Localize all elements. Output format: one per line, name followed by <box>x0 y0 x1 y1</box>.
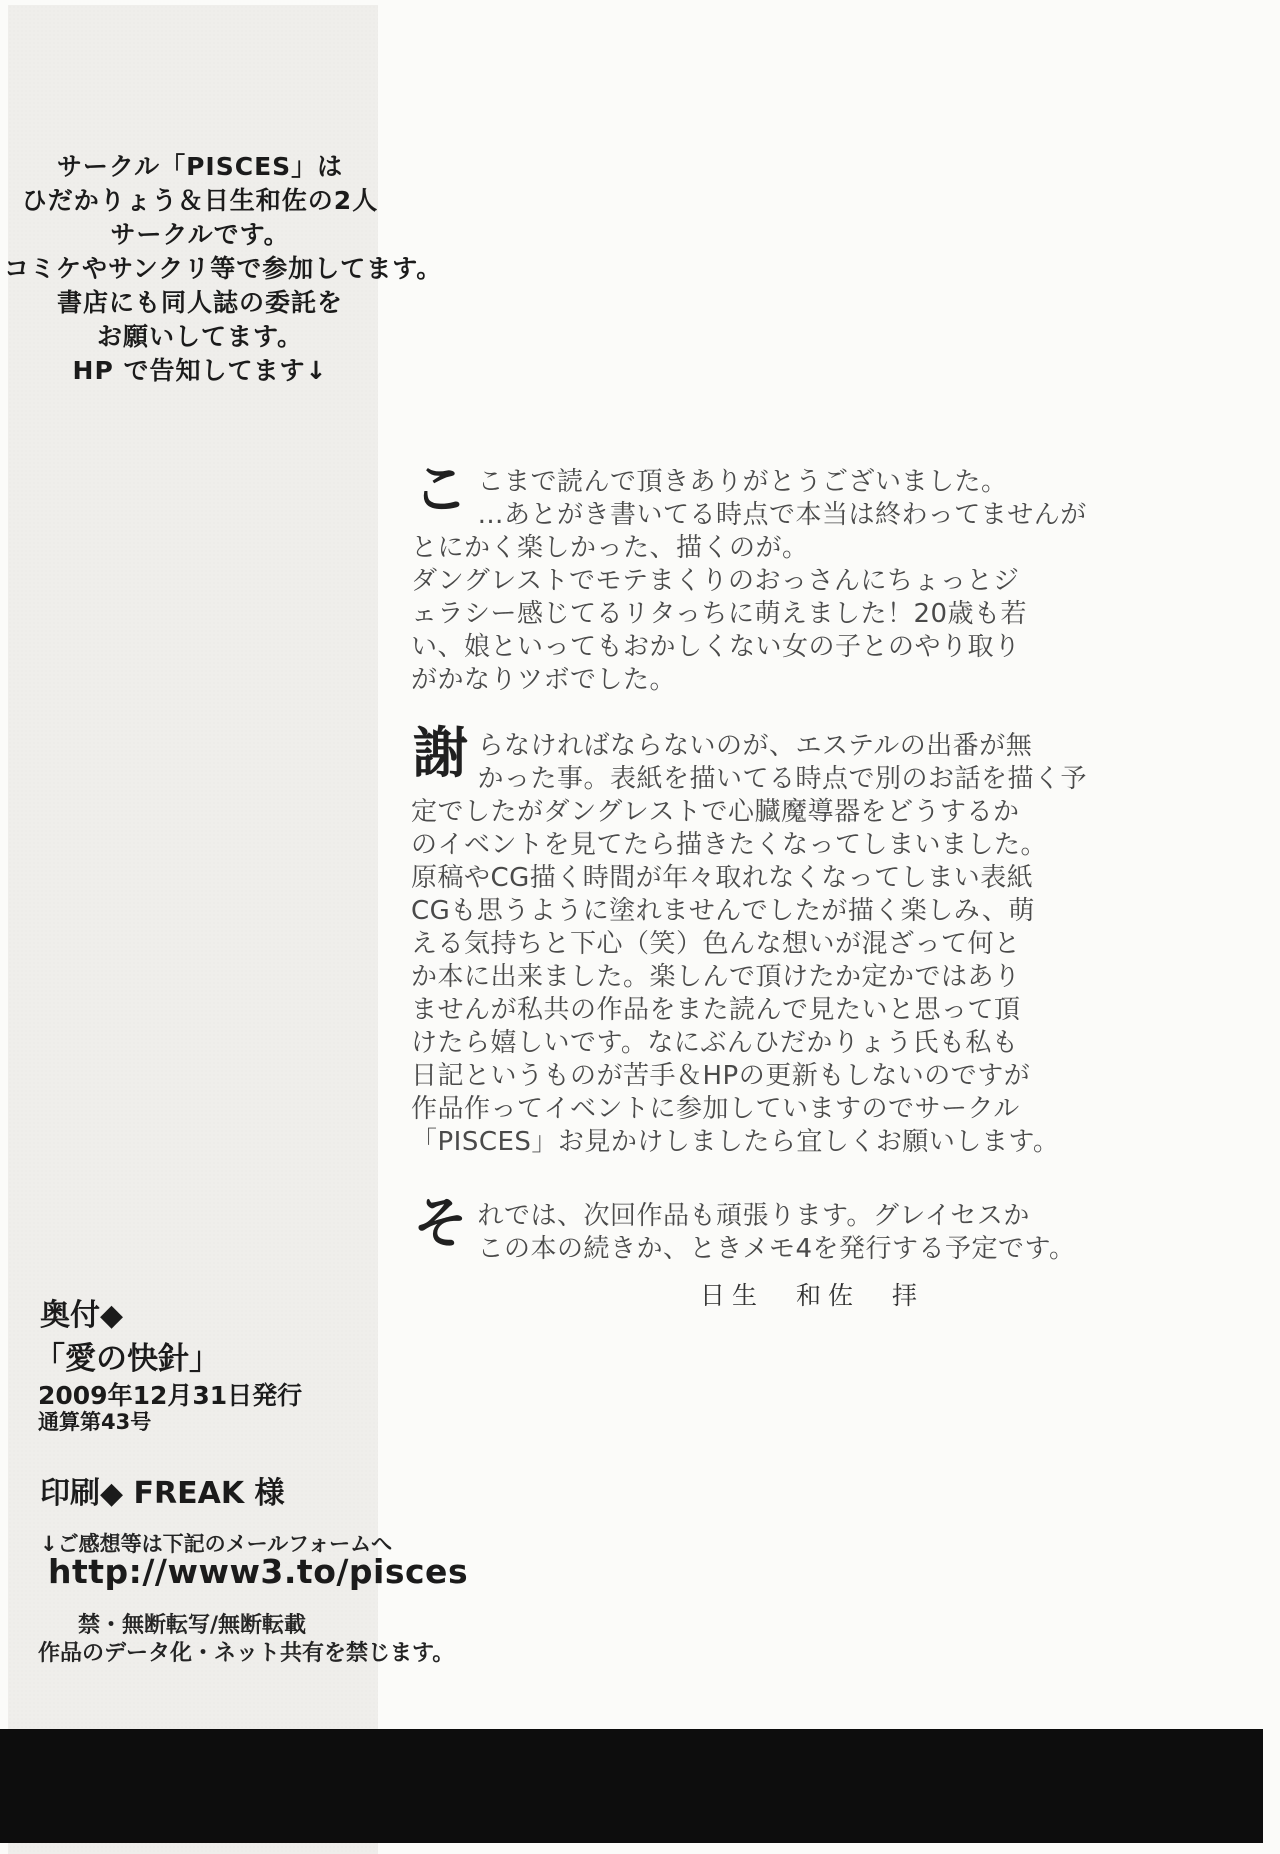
dropcap-ko: こ <box>413 460 469 518</box>
text-line: のイベントを見てたら描きたくなってしまいました。 <box>411 829 971 862</box>
text-line: か本に出来ました。楽しんで頂けたか定かではあり <box>411 961 971 994</box>
text-line: かった事。表紙を描いてる時点で別のお話を描く予 <box>411 763 971 796</box>
dropcap-sha: 謝 <box>413 724 469 782</box>
text-line: けたら嬉しいです。なにぶんひだかりょう氏も私も <box>411 1027 971 1060</box>
text-line: れでは、次回作品も頑張ります。グレイセスか <box>411 1200 971 1233</box>
website-url: http://www3.to/pisces <box>48 1552 468 1591</box>
text-line: 「PISCES」お見かけしましたら宜しくお願いします。 <box>411 1126 971 1159</box>
issue-number: 通算第43号 <box>38 1406 151 1436</box>
prohibition-line-1: 禁・無断転写/無断転載 <box>78 1608 306 1639</box>
text-line: 原稿やCG描く時間が年々取れなくなってしまい表紙 <box>411 862 971 895</box>
circle-info-line: お願いしてます。 <box>4 320 396 354</box>
text-line: とにかく楽しかった、描くのが。 <box>411 532 971 565</box>
bottom-black-bar <box>0 1729 1263 1843</box>
text-line: らなければならないのが、エステルの出番が無 <box>411 730 971 763</box>
circle-info-line: ひだかりょう＆日生和佐の2人 <box>4 184 396 218</box>
text-line: 作品作ってイベントに参加していますのでサークル <box>411 1093 971 1126</box>
text-line: える気持ちと下心（笑）色んな想いが混ざって何と <box>411 928 971 961</box>
book-title: 「愛の快針」 <box>34 1333 220 1378</box>
text-line: この本の続きか、ときメモ4を発行する予定です。 <box>411 1233 971 1266</box>
text-line: 定でしたがダングレストで心臓魔導器をどうするか <box>411 796 971 829</box>
printer-credit: 印刷◆ FREAK 様 <box>40 1468 285 1512</box>
text-line: がかなりツボでした。 <box>411 664 971 697</box>
text-line: CGも思うように塗れませんでしたが描く楽しみ、萌 <box>411 895 971 928</box>
circle-info-line: サークルです。 <box>4 218 396 252</box>
paragraph-lines: れでは、次回作品も頑張ります。グレイセスかこの本の続きか、ときメモ4を発行する予… <box>411 1200 971 1266</box>
afterword-paragraph-thanks: こ こまで読んで頂きありがとうございました。…あとがき書いてる時点で本当は終わっ… <box>411 466 971 697</box>
text-line: ェラシー感じてるリタっちに萌えました！20歳も若 <box>411 598 971 631</box>
text-line: 日記というものが苦手＆HPの更新もしないのですが <box>411 1060 971 1093</box>
prohibition-line-2: 作品のデータ化・ネット共有を禁じます。 <box>38 1636 454 1667</box>
colophon-label: 奥付◆ <box>40 1290 123 1334</box>
text-line: ダングレストでモテまくりのおっさんにちょっとジ <box>411 565 971 598</box>
afterword-paragraph-apology: 謝 らなければならないのが、エステルの出番が無かった事。表紙を描いてる時点で別の… <box>411 730 971 1159</box>
text-line: …あとがき書いてる時点で本当は終わってませんが <box>411 499 971 532</box>
circle-info-line: 書店にも同人誌の委託を <box>4 286 396 320</box>
text-line: こまで読んで頂きありがとうございました。 <box>411 466 971 499</box>
doujinshi-afterword-page: サークル「PISCES」はひだかりょう＆日生和佐の2人サークルです。コミケやサン… <box>0 0 1280 1854</box>
circle-info-block: サークル「PISCES」はひだかりょう＆日生和佐の2人サークルです。コミケやサン… <box>4 150 396 388</box>
dropcap-so: そ <box>413 1194 469 1252</box>
text-line: い、娘といってもおかしくない女の子とのやり取り <box>411 631 971 664</box>
author-signature: 日生 和佐 拝 <box>700 1276 924 1312</box>
circle-info-line: HP で告知してます↓ <box>4 354 396 388</box>
circle-info-line: サークル「PISCES」は <box>4 150 396 184</box>
paragraph-lines: こまで読んで頂きありがとうございました。…あとがき書いてる時点で本当は終わってま… <box>411 466 971 697</box>
paragraph-lines: らなければならないのが、エステルの出番が無かった事。表紙を描いてる時点で別のお話… <box>411 730 971 1159</box>
text-line: ませんが私共の作品をまた読んで見たいと思って頂 <box>411 994 971 1027</box>
afterword-paragraph-closing: そ れでは、次回作品も頑張ります。グレイセスかこの本の続きか、ときメモ4を発行す… <box>411 1200 971 1266</box>
circle-info-line: コミケやサンクリ等で参加してます。 <box>4 252 396 286</box>
